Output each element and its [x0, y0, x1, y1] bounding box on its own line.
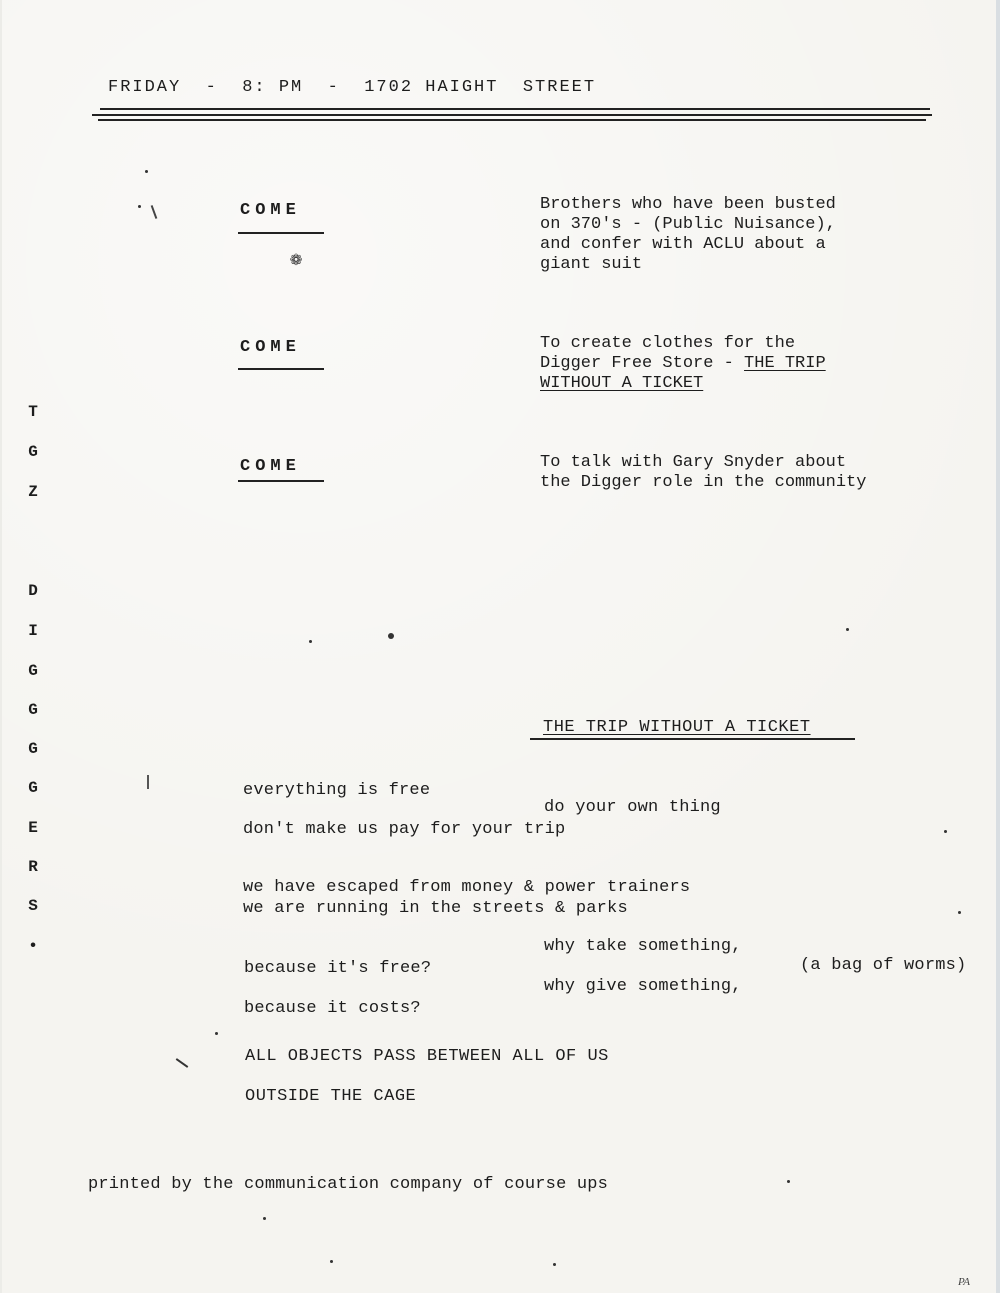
section-1-line-4: giant suit — [540, 255, 642, 274]
come-heading-2: COME — [240, 338, 301, 357]
flyer-page: FRIDAY - 8: PM - 1702 HAIGHT STREET COME… — [0, 0, 1000, 1293]
vertical-letter-r: R — [26, 858, 40, 876]
ink-speck — [553, 1263, 556, 1266]
vertical-letter-g: G — [26, 443, 40, 461]
header-rule-2 — [92, 114, 932, 116]
section-1-text: Brothers who have been busted on 370's -… — [540, 195, 836, 275]
section-3-text: To talk with Gary Snyder about the Digge… — [540, 453, 866, 493]
ink-speck — [263, 1217, 266, 1220]
section-2-text: To create clothes for the Digger Free St… — [540, 334, 826, 394]
come-underline-1 — [238, 232, 324, 234]
printed-by-credit: printed by the communication company of … — [88, 1175, 608, 1195]
come-heading-3: COME — [240, 457, 301, 476]
ink-speck — [309, 640, 312, 643]
ink-blot: ❁ — [290, 246, 302, 272]
vertical-letter-i: I — [26, 622, 40, 640]
ink-speck — [138, 205, 141, 208]
section-2-line-2-prefix: Digger Free Store - — [540, 354, 744, 373]
ink-speck — [215, 1032, 218, 1035]
section-1-line-3: and confer with ACLU about a — [540, 235, 826, 254]
vertical-letter-dot: • — [26, 937, 40, 955]
come-underline-2 — [238, 368, 324, 370]
event-header: FRIDAY - 8: PM - 1702 HAIGHT STREET — [108, 78, 596, 97]
poem-all-objects: ALL OBJECTS PASS BETWEEN ALL OF US — [245, 1047, 609, 1067]
subheading-underline — [530, 738, 855, 740]
page-edge-left — [0, 0, 2, 1293]
poem-escaped: we have escaped from money & power train… — [243, 878, 690, 898]
vertical-letter-g2: G — [26, 701, 40, 719]
ink-speck — [846, 628, 849, 631]
vertical-letter-g3: G — [26, 740, 40, 758]
handwritten-initials: PA — [958, 1276, 970, 1288]
vertical-letter-g1: G — [26, 662, 40, 680]
come-underline-3 — [238, 480, 324, 482]
ink-speck — [145, 170, 148, 173]
poem-own-thing: do your own thing — [544, 798, 721, 818]
stray-mark — [151, 205, 158, 219]
vertical-letter-s: S — [26, 897, 40, 915]
poem-outside-cage: OUTSIDE THE CAGE — [245, 1087, 416, 1107]
poem-dont-pay: don't make us pay for your trip — [243, 820, 565, 840]
poem-why-give: why give something, — [544, 977, 742, 997]
stray-mark — [147, 775, 149, 789]
header-rule-1 — [100, 108, 930, 110]
vertical-letter-d: D — [26, 582, 40, 600]
poem-because-costs: because it costs? — [244, 999, 421, 1019]
trip-title-underlined-2: WITHOUT A TICKET — [540, 374, 703, 393]
ink-speck — [388, 633, 394, 639]
vertical-letter-e: E — [26, 819, 40, 837]
section-1-line-1: Brothers who have been busted — [540, 195, 836, 214]
ink-speck — [944, 830, 947, 833]
poem-bag-of-worms: (a bag of worms) — [800, 956, 966, 976]
vertical-letter-t: T — [26, 403, 40, 421]
vertical-letter-z: Z — [26, 483, 40, 501]
come-heading-1: COME — [240, 201, 301, 220]
poem-running: we are running in the streets & parks — [243, 899, 628, 919]
trip-subheading: THE TRIP WITHOUT A TICKET — [543, 718, 811, 738]
vertical-letter-g4: G — [26, 779, 40, 797]
ink-speck — [958, 911, 961, 914]
header-rule-3 — [98, 119, 926, 121]
page-edge-right — [996, 0, 1000, 1293]
ink-speck — [787, 1180, 790, 1183]
trip-title-underlined-1: THE TRIP — [744, 354, 826, 373]
section-1-line-2: on 370's - (Public Nuisance), — [540, 215, 836, 234]
section-2-line-1: To create clothes for the — [540, 334, 795, 353]
poem-everything-free: everything is free — [243, 781, 430, 801]
stray-mark — [176, 1058, 189, 1068]
section-3-line-2: the Digger role in the community — [540, 473, 866, 492]
ink-speck — [330, 1260, 333, 1263]
poem-because-free: because it's free? — [244, 959, 431, 979]
section-3-line-1: To talk with Gary Snyder about — [540, 453, 846, 472]
poem-why-take: why take something, — [544, 937, 742, 957]
